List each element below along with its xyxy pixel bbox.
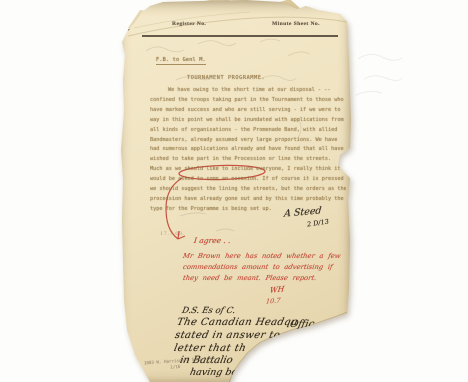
red-note-line: commendations amount to advertising if: [182, 263, 333, 271]
ink-note-line: The Canadian Headqu: [176, 317, 299, 328]
pencil-date: 17.7.08.: [160, 231, 185, 237]
typed-line: We have owing to the short time at our d…: [150, 86, 346, 96]
ink-note-line: Offic: [289, 319, 315, 330]
typed-line: had numerous applications already and ha…: [150, 145, 346, 155]
typed-line: confined the troops taking part in the T…: [150, 96, 346, 106]
typed-line: Much as we should like to include everyo…: [150, 165, 346, 175]
header-rule: [142, 35, 338, 37]
typed-subject: TOURNAMENT PROGRAMME.: [187, 75, 265, 81]
typed-line: we should suggest the lining the streets…: [150, 185, 346, 195]
typed-line: way in this point we shall be inundated …: [150, 116, 346, 126]
red-initials: WH: [270, 284, 285, 295]
paper-surface: Register No. Minute Sheet No. F.B. to Ge…: [120, 0, 352, 382]
red-note-line: Mr Brown here has noted whether a few: [182, 252, 341, 260]
typed-line: procession have already gone out and by …: [150, 195, 346, 205]
ink-note-line: stated in answer to y: [174, 330, 291, 341]
minute-sheet-no-label: Minute Sheet No.: [272, 21, 320, 27]
register-no-label: Register No.: [172, 21, 206, 27]
red-date: 10.7: [266, 296, 281, 305]
document-sheet: Register No. Minute Sheet No. F.B. to Ge…: [120, 0, 352, 382]
red-note-agree: I agree . .: [193, 236, 231, 245]
typed-line: would be asked to some an occasion. If o…: [150, 175, 346, 185]
typed-line: wished to take part in the Procession or…: [150, 155, 346, 165]
typed-line: Bandmasters, already assumed very large …: [150, 136, 346, 146]
typed-line: all kinds of organisations - the Promena…: [150, 126, 346, 136]
photo-backdrop: Register No. Minute Sheet No. F.B. to Ge…: [0, 0, 468, 382]
red-note-line: they need be meant. Please report.: [182, 274, 317, 282]
backdrop-pencil-marks: [350, 45, 450, 105]
ink-note-heading: D.S. Es of C.: [181, 306, 236, 316]
typed-body: We have owing to the short time at our d…: [150, 86, 346, 215]
typed-line: have marked success and who are still se…: [150, 106, 346, 116]
ink-note-line: letter that th: [173, 343, 247, 354]
typed-heading: F.B. to Genl M.: [156, 57, 206, 65]
hole-mark: [127, 28, 130, 31]
